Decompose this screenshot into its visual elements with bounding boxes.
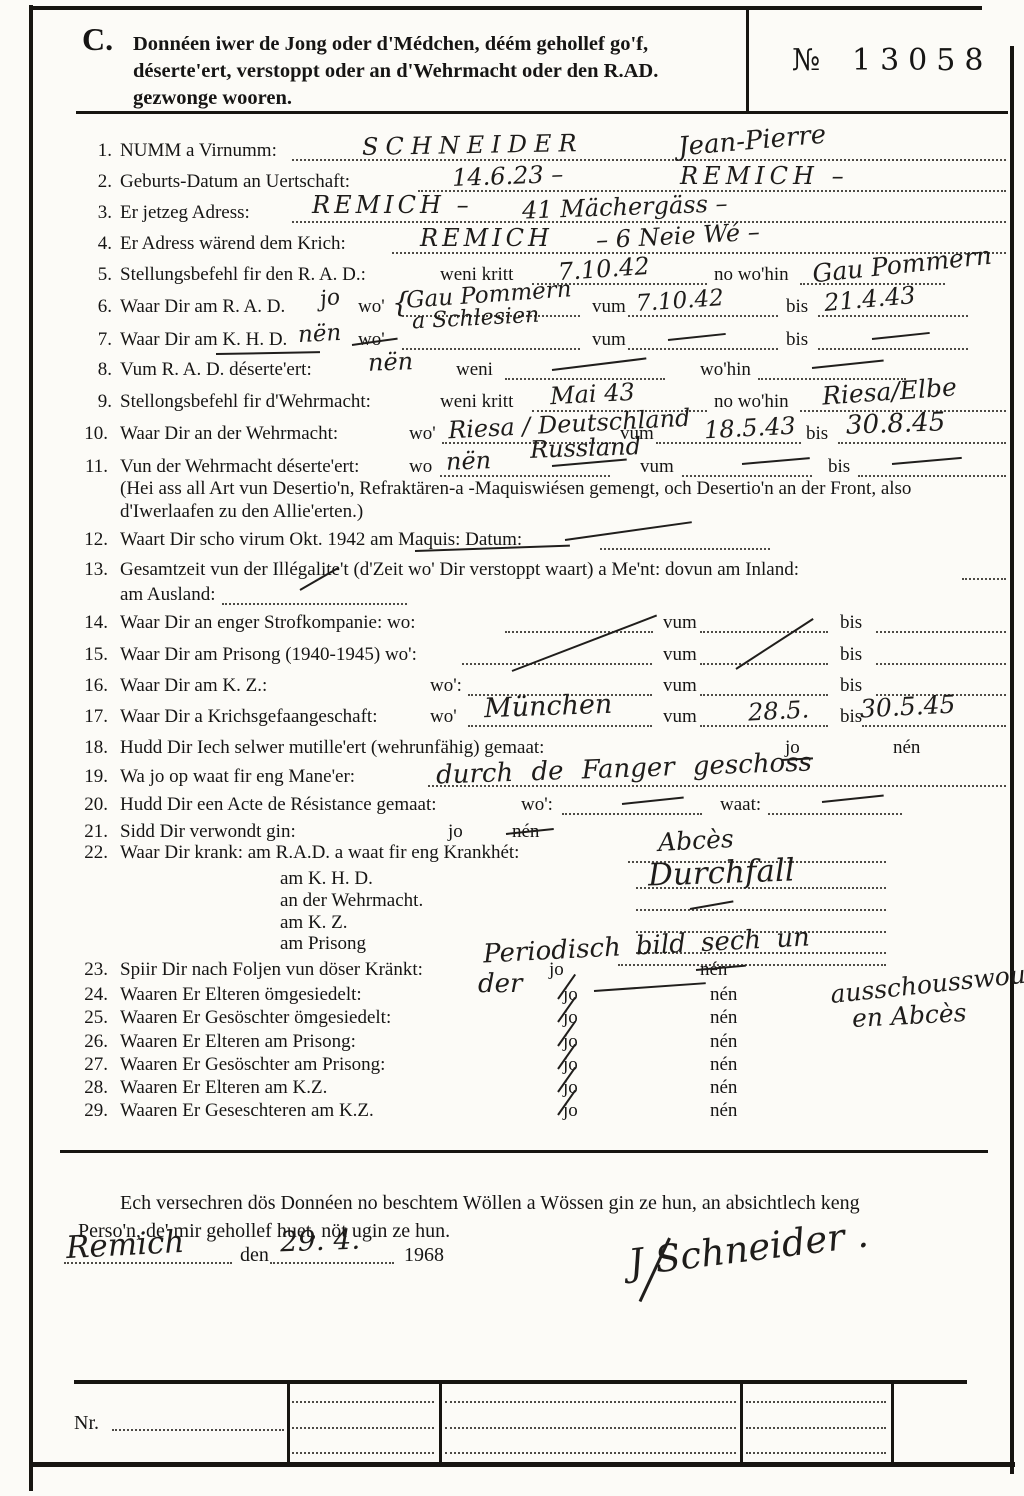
handwritten-date: 7.10.42 [557,253,650,285]
row-number: 20. [74,794,108,816]
dotted-field [600,531,770,550]
row-number: 7. [78,329,112,351]
row-label: Vun der Wehrmacht déserte'ert: [120,456,359,478]
table-dotted-row [292,1435,434,1454]
handwritten-vum: 28.5. [747,696,809,725]
row-label: Waar Dir am Prisong (1940-1945) wo': [120,644,417,666]
form-row-19: 19. Wa jo op waat fir eng Mane'er: durch… [0,766,1024,796]
row-label: Stellongsbefehl fir d'Wehrmacht: [120,391,371,413]
row-label: Waar Dir am K. H. D. [120,329,287,351]
form-row-14: 14. Waar Dir an enger Strofkompanie: wo:… [0,612,1024,642]
field-label-bis: bis [840,612,862,634]
sub-label-wehrmacht: an der Wehrmacht. [280,890,423,912]
row-label: Geburts-Datum an Uertschaft: [120,171,350,193]
row-label: Waar Dir am K. Z.: [120,675,267,697]
dotted-field [562,796,702,815]
table-dotted-row [746,1435,886,1454]
row-number: 21. [74,821,108,843]
form-row-22: 22. Waar Dir krank: am R.A.D. a waat fir… [0,842,1024,952]
handwritten-birthplace: REMICH – [680,163,849,189]
dotted-field [682,458,812,477]
row-number: 18. [74,737,108,759]
table-dotted-row [746,1384,886,1403]
row-number: 15. [74,644,108,666]
field-label-bis: bis [786,329,808,351]
row-label: Vum R. A. D. déserte'ert: [120,359,312,381]
handwritten-surname: SCHNEIDER [362,130,584,160]
field-label-bis: bis [828,456,850,478]
row-label: Waar Dir krank: am R.A.D. a waat fir eng… [120,842,519,864]
row-number: 16. [74,675,108,697]
table-bottom-border [29,1462,1015,1467]
row-number: 25. [74,1007,108,1029]
table-vline-4 [891,1380,894,1466]
handwritten-illness-wehrmacht: Durchfall [648,857,796,888]
row-label: Gesamtzeit vun der Illégalite't (d'Zeit … [120,559,799,581]
option-nen: nén [893,737,920,759]
row-number: 9. [78,391,112,413]
field-label-bis: bis [840,644,862,666]
row-label: NUMM a Virnumm: [120,140,277,162]
option-nen: nén [710,1007,737,1029]
sub-label-khd: am K. H. D. [280,868,373,890]
field-label-bis: bis [786,296,808,318]
field-label-wo: wo': [430,675,462,697]
table-vline-1 [287,1380,290,1466]
dotted-field [112,1412,284,1431]
option-jo: jo [448,821,463,843]
handwritten-place: München [484,692,613,722]
field-label-wo: wo' [358,296,385,318]
row-label: Waaren Er Elteren am K.Z. [120,1077,327,1099]
handwritten-address-town: REMICH – [312,192,473,218]
form-row-7: 7. Waar Dir am K. H. D. nën wo' vum bis [0,329,1024,359]
dotted-field [462,646,652,665]
field-label-vum: vum [663,612,697,634]
table-dotted-row [746,1410,886,1429]
row-number: 27. [74,1054,108,1076]
sub-label-prisong: am Prisong [280,933,366,955]
handwritten-birthdate: 14.6.23 – [452,161,564,191]
dotted-field [402,331,580,350]
row-label: Hudd Dir Iech selwer mutille'ert (wehrun… [120,737,544,759]
row-number: 13. [74,559,108,581]
row-label: Waaren Er Gesöschter am Prisong: [120,1054,385,1076]
table-dotted-row [445,1435,736,1454]
row-label: Er Adress wärend dem Krich: [120,233,346,255]
form-number-label: № [792,50,820,72]
field-label-vum: vum [663,706,697,728]
row-label: Stellungsbefehl fir den R. A. D.: [120,264,366,286]
row-number: 14. [74,612,108,634]
field-label-weni: weni [456,359,493,381]
row-label: Wa jo op waat fir eng Mane'er: [120,766,355,788]
dotted-field [818,331,968,350]
handwritten-nen: nën [368,348,414,376]
row-number: 11. [74,456,108,478]
form-row-6: 6. Waar Dir am R. A. D. jo wo' { Gau Pom… [0,296,1024,326]
row-number: 6. [78,296,112,318]
handwritten-jo: jo [318,285,342,314]
field-label-wo: wo' [430,706,457,728]
row-label: Waar Dir am R. A. D. [120,296,285,318]
row-label: Waaren Er Elteren am Prisong: [120,1031,356,1053]
option-nen: nén [710,1054,737,1076]
field-label-bis: bis [806,423,828,445]
row-number: 12. [74,529,108,551]
form-row-20: 20. Hudd Dir een Acte de Résistance gema… [0,794,1024,824]
row-label: Hudd Dir een Acte de Résistance gemaat: [120,794,437,816]
row-number: 24. [74,984,108,1006]
field-label-bis: bis [840,706,862,728]
handwritten-bis: 30.8.45 [846,409,946,438]
row-number: 1. [78,140,112,162]
row-label: Waaren Er Geseschteren am K.Z. [120,1100,374,1122]
table-dotted-row [445,1384,736,1403]
dotted-field [636,892,886,911]
dotted-field [876,614,1006,633]
handwritten-illness-rad: Abcès [657,826,734,856]
field-label-wo: wo' [409,423,436,445]
table-vline-3 [740,1380,743,1466]
sub-label-kz: am K. Z. [280,912,348,934]
row-number: 8. [78,359,112,381]
form-row-29: 29. Waaren Er Geseschteren am K.Z. jo né… [0,1100,1024,1130]
page-border-top [29,6,982,10]
dotted-field [876,646,1006,665]
field-label-no-wohin: no wo'hin [714,391,789,413]
option-nen: nén [710,1077,737,1099]
handwritten-bis: 30.5.45 [859,692,956,723]
form-row-10: 10. Waar Dir an der Wehrmacht: wo' Riesa… [0,423,1024,453]
section-letter: C. [82,28,113,50]
row-11-note: (Hei ass all Art vun Desertio'n, Refrakt… [120,477,1000,523]
scanned-form-page: C. Donnéen iwer de Jong oder d'Médchen, … [0,0,1024,1496]
row-label: Spiir Dir nach Foljen vun döser Kränkt: [120,959,423,981]
declaration-line-1: Ech versechren dös Donnéen no beschtem W… [120,1192,860,1214]
dotted-field [700,677,828,696]
row-number: 23. [74,959,108,981]
header-title: Donnéen iwer de Jong oder d'Médchen, déé… [133,31,733,112]
handwritten-vum: 18.5.43 [703,413,796,444]
row-label: Waar Dir an der Wehrmacht: [120,423,338,445]
field-label-weni-kritt: weni kritt [440,391,513,413]
header-rule [76,111,1008,114]
row-number: 22. [74,842,108,864]
handwritten-date: Mai 43 [549,379,635,409]
row-number: 17. [74,706,108,728]
option-nen: nén [710,1031,737,1053]
hand-underline [216,351,320,355]
row-label-ausland: am Ausland: [120,584,216,606]
dotted-field [222,586,407,605]
field-label-vum: vum [592,296,626,318]
field-label-wohin: wo'hin [700,359,751,381]
table-vline-2 [439,1380,442,1466]
table-dotted-row [292,1384,434,1403]
row-number: 26. [74,1031,108,1053]
date-prefix: den [240,1244,269,1266]
field-label-waat: waat: [720,794,761,816]
row-number: 19. [74,766,108,788]
row-number: 28. [74,1077,108,1099]
field-label-no-wohin: no wo'hin [714,264,789,286]
form-row-13: 13. Gesamtzeit vun der Illégalite't (d'Z… [0,559,1024,589]
field-label-vum: vum [640,456,674,478]
form-row-2: 2. Geburts-Datum an Uertschaft: 14.6.23 … [0,171,1024,201]
field-label-vum: vum [592,329,626,351]
row-label: Waar Dir a Krichsgefaangeschaft: [120,706,377,728]
option-nen: nén [710,1100,737,1122]
dotted-field [628,331,778,350]
row-number: 4. [78,233,112,255]
dotted-field [962,561,1006,580]
table-dotted-row [292,1410,434,1429]
row-label: Er jetzeg Adress: [120,202,250,224]
section-rule [60,1150,988,1153]
row-number: 10. [74,423,108,445]
field-label-wo: wo': [521,794,553,816]
row-label: Sidd Dir verwondt gin: [120,821,296,843]
field-label-vum: vum [663,644,697,666]
form-row-12: 12. Waart Dir scho virum Okt. 1942 am Ma… [0,529,1024,559]
row-number: 2. [78,171,112,193]
handwritten-nen: nën [297,320,342,348]
table-dotted-row [445,1410,736,1429]
handwritten-date: 29. 4. [280,1227,361,1256]
form-number: 13058 [852,50,992,72]
field-label-vum: vum [663,675,697,697]
option-nen: nén [710,984,737,1006]
header-divider [746,9,749,112]
handwritten-place: Remich [65,1229,185,1261]
row-label: Waaren Er Elteren ömgesiedelt: [120,984,362,1006]
nr-label: Nr. [74,1412,99,1434]
row-number: 3. [78,202,112,224]
row-label: Waaren Er Gesöschter ömgesiedelt: [120,1007,391,1029]
row-number: 5. [78,264,112,286]
dotted-field [700,614,828,633]
row-number: 29. [74,1100,108,1122]
handwritten-war-address-town: REMICH [420,225,553,251]
row-label: Waar Dir an enger Strofkompanie: wo: [120,612,416,634]
field-label-wo: wo [409,456,432,478]
field-label-vum: vum [620,423,654,445]
year-label: 1968 [404,1244,444,1266]
dotted-field [440,458,610,477]
form-row-17: 17. Waar Dir a Krichsgefaangeschaft: wo'… [0,706,1024,736]
